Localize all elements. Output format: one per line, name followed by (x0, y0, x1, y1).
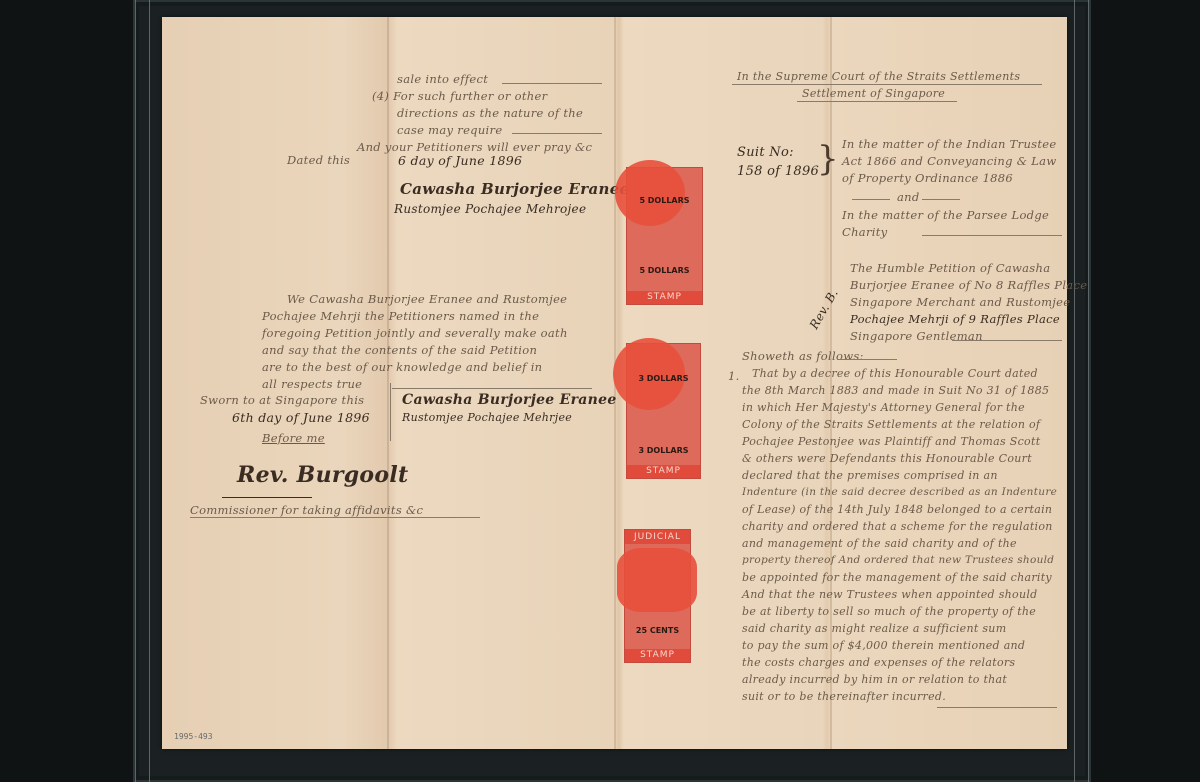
rule (392, 388, 592, 389)
date-text: 6 day of June 1896 (398, 153, 522, 168)
body-line: in which Her Majesty's Attorney General … (742, 401, 1025, 414)
rule (952, 340, 1062, 341)
rule (937, 707, 1057, 708)
stamp-label: STAMP (627, 465, 700, 478)
petitioner-signature: Cawasha Burjorjee Eranee (400, 180, 629, 198)
stamp-value: 5 DOLLARS (627, 196, 702, 205)
body-line: suit or to be thereinafter incurred. (742, 690, 946, 703)
body-line: the costs charges and expenses of the re… (742, 656, 1015, 669)
rule (502, 83, 602, 84)
court-heading: In the Supreme Court of the Straits Sett… (737, 70, 1020, 83)
body-line: the 8th March 1883 and made in Suit No 3… (742, 384, 1049, 397)
affidavit-line: and say that the contents of the said Pe… (262, 343, 537, 357)
revenue-stamp-3-dollars: 3 DOLLARS 3 DOLLARS STAMP (626, 343, 701, 479)
body-line: charity and ordered that a scheme for th… (742, 520, 1053, 533)
brace-icon: } (817, 139, 839, 179)
document-paper: sale into effect (4) For such further or… (162, 17, 1067, 749)
matter-line: and (897, 190, 920, 204)
closing-line: sale into effect (397, 72, 488, 86)
frame-inner-edge-right (1074, 0, 1075, 782)
affidavit-line: foregoing Petition jointly and severally… (262, 326, 568, 340)
rule (512, 133, 602, 134)
matter-line: Charity (842, 225, 887, 239)
commissioner-signature: Rev. Burgoolt (237, 462, 409, 488)
affidavit-signature: Cawasha Burjorjee Eranee (402, 392, 617, 408)
closing-line: (4) For such further or other (372, 89, 547, 103)
dated-label: Dated this (287, 153, 350, 167)
settlement-heading: Settlement of Singapore (802, 87, 945, 100)
rule (732, 84, 1042, 85)
matter-line: In the matter of the Parsee Lodge (842, 208, 1049, 222)
body-line: to pay the sum of $4,000 therein mention… (742, 639, 1025, 652)
suit-label: Suit No: (737, 145, 794, 160)
body-line: already incurred by him in or relation t… (742, 673, 1007, 686)
body-line: and management of the said charity and o… (742, 537, 1017, 550)
petition-line: The Humble Petition of Cawasha (850, 261, 1050, 275)
frame-edge-right (1088, 0, 1089, 782)
frame-edge-left (135, 0, 136, 782)
sworn-date: 6th day of June 1896 (232, 410, 370, 425)
affidavit-line: We Cawasha Burjorjee Eranee and Rustomje… (287, 292, 567, 306)
stamp-value: 3 DOLLARS (627, 446, 700, 455)
body-line: said charity as might realize a sufficie… (742, 622, 1006, 635)
body-line: Indenture (in the said decree described … (742, 486, 1057, 498)
stamp-value: 3 DOLLARS (627, 374, 700, 383)
rule (922, 235, 1062, 236)
petitioner-signature: Rustomjee Pochajee Mehrojee (394, 202, 586, 216)
commissioner-title: Commissioner for taking affidavits &c (190, 503, 423, 517)
suit-number: 158 of 1896 (737, 164, 819, 179)
body-line: That by a decree of this Honourable Cour… (752, 367, 1038, 380)
embossed-seal-icon (617, 548, 697, 612)
signature-underline (222, 497, 312, 498)
stamp-value: 25 CENTS (625, 626, 690, 635)
petition-line: Burjorjee Eranee of No 8 Raffles Place (850, 278, 1087, 292)
body-line: declared that the premises comprised in … (742, 469, 998, 482)
affidavit-line: are to the best of our knowledge and bel… (262, 360, 542, 374)
body-line: of Lease) of the 14th July 1848 belonged… (742, 503, 1052, 516)
body-line: be at liberty to sell so much of the pro… (742, 605, 1036, 618)
before-me-label: Before me (262, 431, 325, 445)
margin-note: Rev. B. (807, 287, 841, 332)
fold-line (387, 17, 389, 749)
stamp-label: STAMP (625, 649, 690, 662)
prayer-text: And your Petitioners will ever pray &c (357, 140, 592, 154)
body-line: & others were Defendants this Honourable… (742, 452, 1032, 465)
closing-line: case may require (397, 123, 502, 137)
accession-number: 1995-493 (174, 732, 213, 741)
rule (922, 199, 960, 200)
affidavit-divider (390, 383, 391, 441)
petition-line: Pochajee Mehrji of 9 Raffles Place (850, 312, 1060, 326)
rule (837, 359, 897, 360)
stamp-value: 5 DOLLARS (627, 266, 702, 275)
affidavit-line: all respects true (262, 377, 362, 391)
body-line: be appointed for the management of the s… (742, 571, 1052, 584)
petition-line: Singapore Merchant and Rustomjee (850, 295, 1070, 309)
rule (190, 517, 480, 518)
closing-line: directions as the nature of the (397, 106, 583, 120)
embossed-seal-icon (615, 160, 685, 226)
showeth-label: Showeth as follows: (742, 349, 864, 363)
body-line: Pochajee Pestonjee was Plaintiff and Tho… (742, 435, 1040, 448)
matter-line: Act 1866 and Conveyancing & Law (842, 154, 1057, 168)
body-line: And that the new Trustees when appointed… (742, 588, 1038, 601)
body-line: Colony of the Straits Settlements at the… (742, 418, 1040, 431)
revenue-stamp-5-dollars: 5 DOLLARS 5 DOLLARS STAMP (626, 167, 703, 305)
body-line: property thereof And ordered that new Tr… (742, 554, 1054, 566)
paragraph-number: 1. (728, 369, 740, 383)
matter-line: In the matter of the Indian Trustee (842, 137, 1057, 151)
frame-inner-edge-left (149, 0, 150, 782)
rule (797, 101, 957, 102)
stamp-header: JUDICIAL (625, 530, 690, 544)
affidavit-line: Pochajee Mehrji the Petitioners named in… (262, 309, 539, 323)
matter-line: of Property Ordinance 1886 (842, 171, 1013, 185)
judicial-stamp-25-cents: JUDICIAL 25 CENTS STAMP (624, 529, 691, 663)
affidavit-signature: Rustomjee Pochajee Mehrjee (402, 411, 572, 424)
rule (852, 199, 890, 200)
stamp-label: STAMP (627, 291, 702, 304)
sworn-line: Sworn to at Singapore this (200, 393, 364, 407)
